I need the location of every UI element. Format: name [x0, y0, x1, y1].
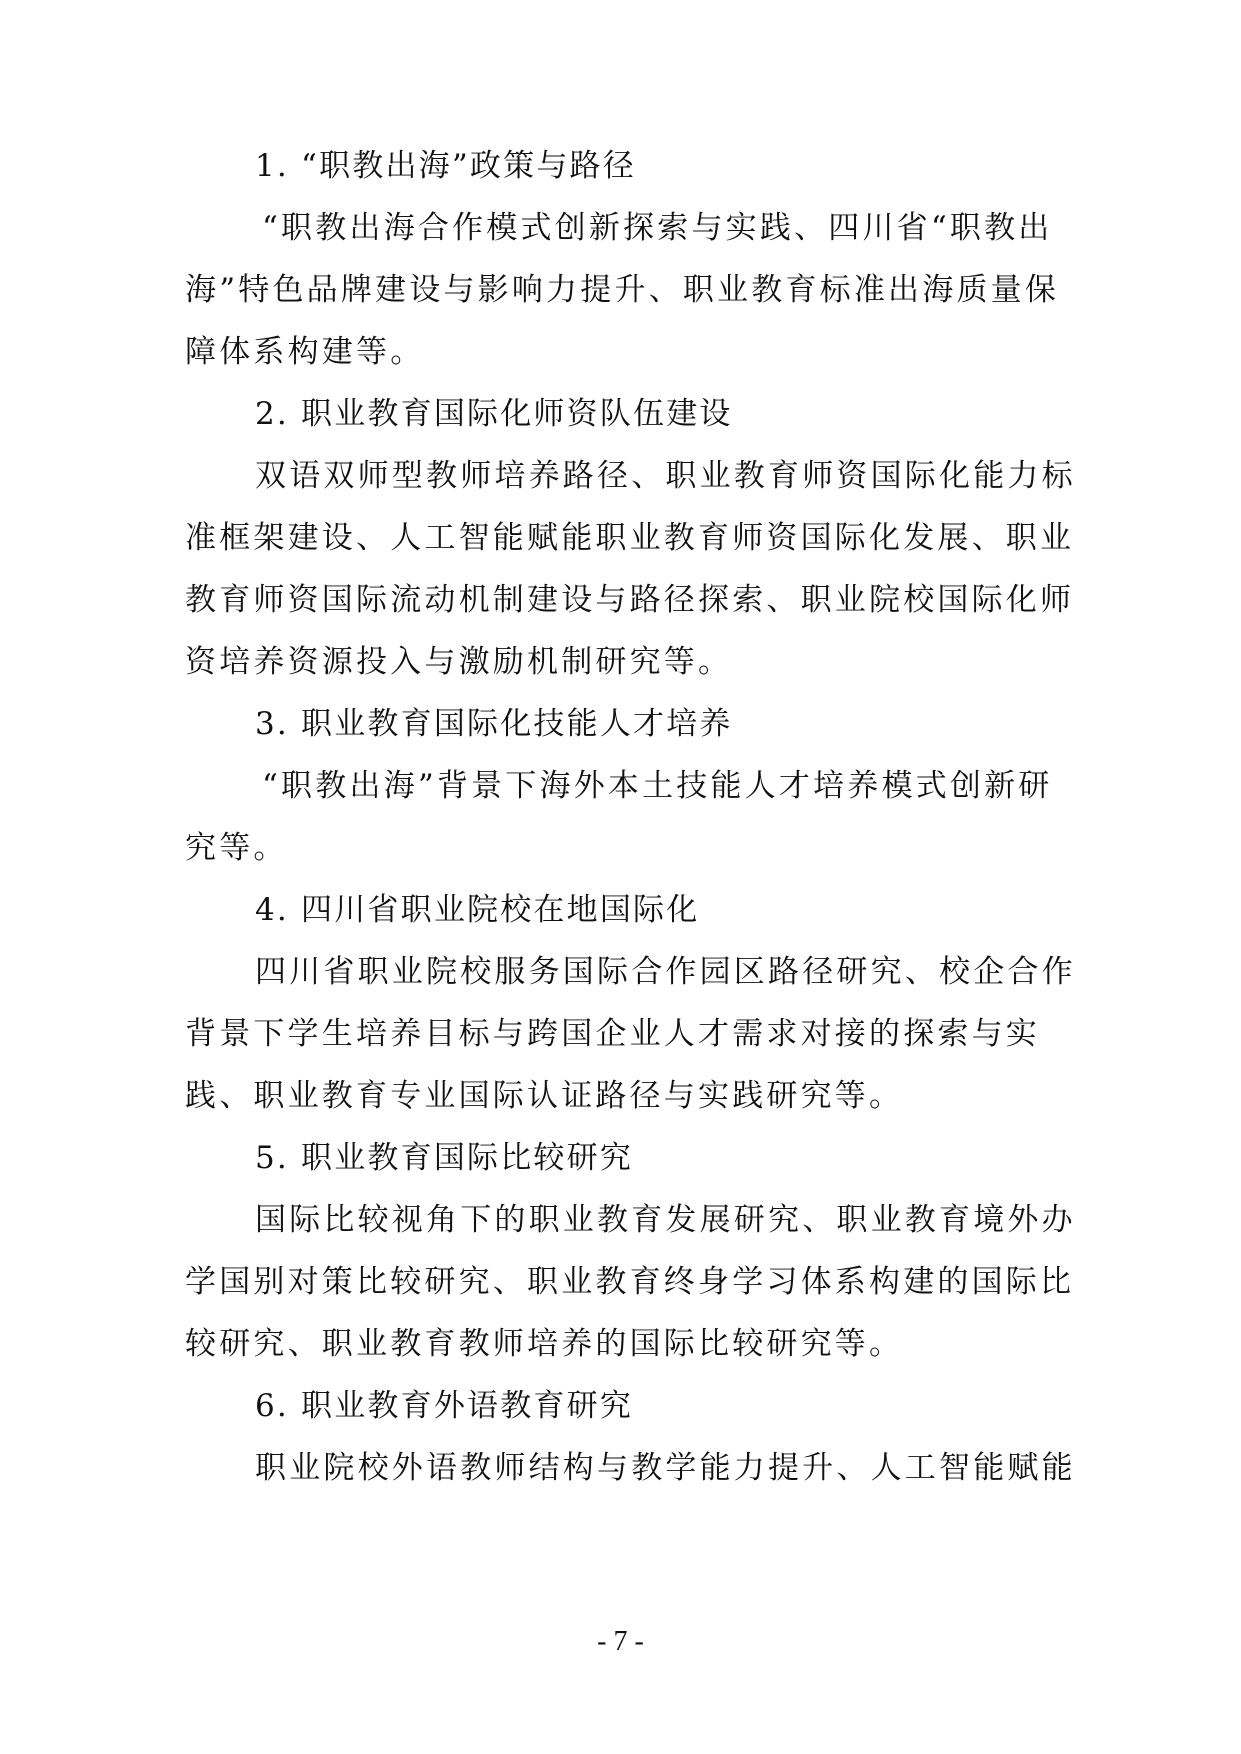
page-number: - 7 -: [0, 1624, 1241, 1660]
section-body-line: 学国别对策比较研究、职业教育终身学习体系构建的国际比: [185, 1262, 1074, 1302]
section-body-line: 四川省职业院校服务国际合作园区路径研究、校企合作: [255, 952, 1076, 992]
document-page: 1. “职教出海”政策与路径 “职教出海合作模式创新探索与实践、四川省“职教出 …: [0, 0, 1241, 1754]
section-body-line: 国际比较视角下的职业教育发展研究、职业教育境外办: [255, 1200, 1076, 1240]
section-body-line: 职业院校外语教师结构与教学能力提升、人工智能赋能: [255, 1448, 1076, 1488]
section-body-line: “职教出海”背景下海外本土技能人才培养模式创新研: [262, 766, 1053, 806]
section-body-line: 背景下学生培养目标与跨国企业人才需求对接的探索与实: [185, 1014, 1040, 1054]
section-heading-2: 2. 职业教育国际化师资队伍建设: [255, 394, 733, 434]
section-body-line: 双语双师型教师培养路径、职业教育师资国际化能力标: [255, 456, 1076, 496]
section-body-line: 准框架建设、人工智能赋能职业教育师资国际化发展、职业: [185, 518, 1074, 558]
section-body-line: 教育师资国际流动机制建设与路径探索、职业院校国际化师: [185, 580, 1074, 620]
section-heading-4: 4. 四川省职业院校在地国际化: [255, 890, 699, 930]
section-heading-3: 3. 职业教育国际化技能人才培养: [255, 704, 733, 744]
section-heading-5: 5. 职业教育国际比较研究: [255, 1138, 633, 1178]
section-body-line: 障体系构建等。: [185, 332, 424, 372]
section-heading-1: 1. “职教出海”政策与路径: [255, 146, 636, 186]
section-body-line: “职教出海合作模式创新探索与实践、四川省“职教出: [262, 208, 1053, 248]
section-heading-6: 6. 职业教育外语教育研究: [255, 1386, 633, 1426]
section-body-line: 究等。: [185, 828, 288, 868]
section-body-line: 资培养资源投入与激励机制研究等。: [185, 642, 732, 682]
section-body-line: 海”特色品牌建设与影响力提升、职业教育标准出海质量保: [185, 270, 1059, 310]
section-body-line: 践、职业教育专业国际认证路径与实践研究等。: [185, 1076, 903, 1116]
section-body-line: 较研究、职业教育教师培养的国际比较研究等。: [185, 1324, 903, 1364]
